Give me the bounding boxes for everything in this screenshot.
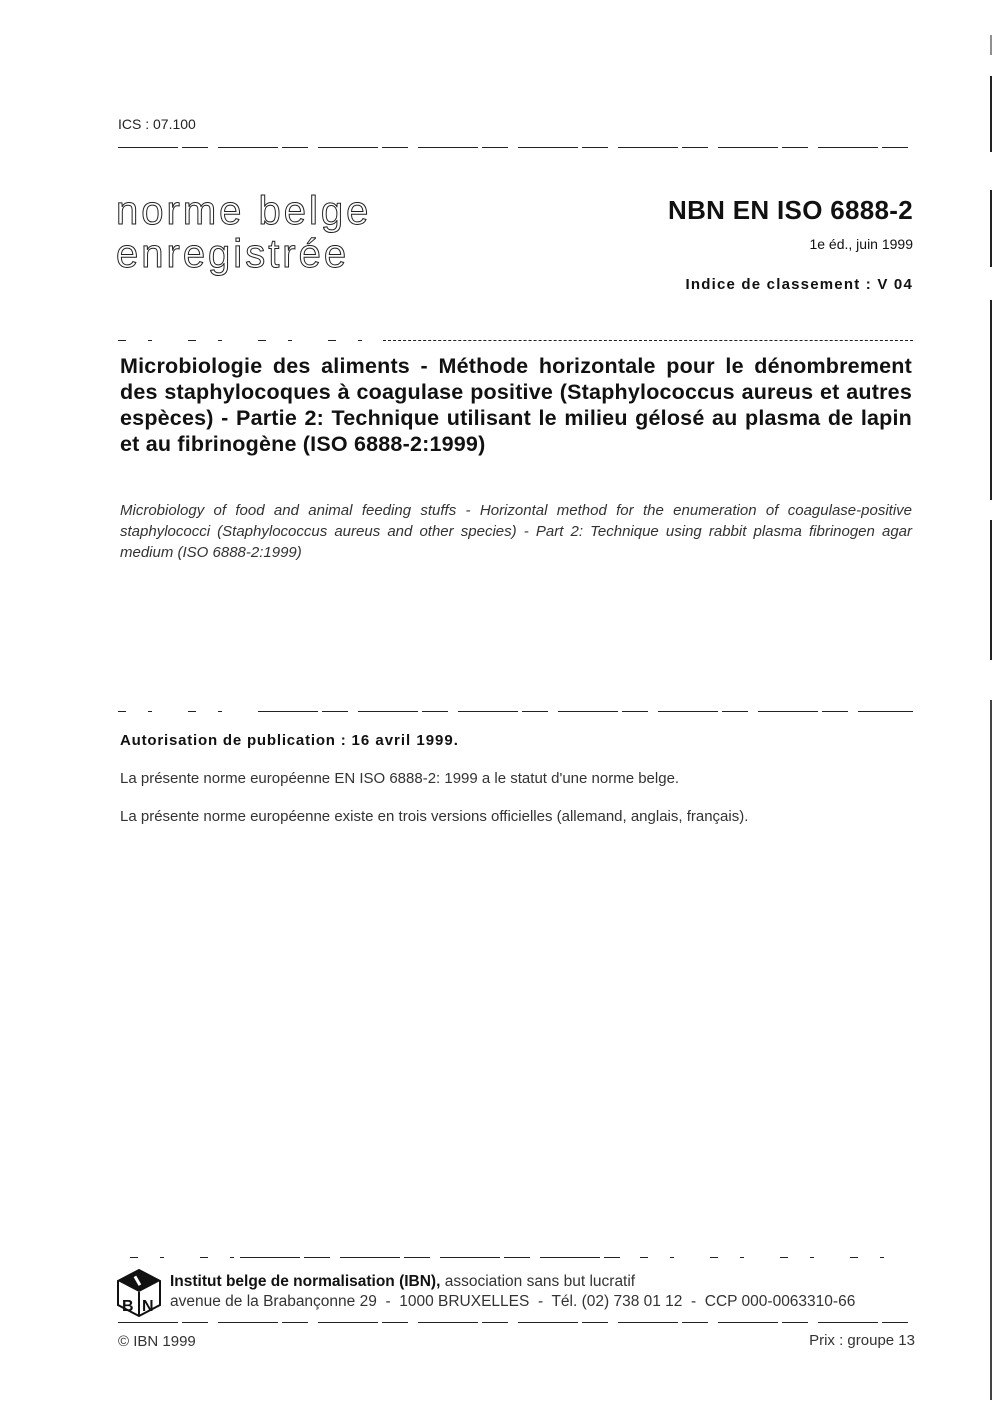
- ibn-cube-logo-icon: B N: [116, 1268, 162, 1318]
- brand-title-line-2: enregistrée: [116, 233, 349, 276]
- standard-number: NBN EN ISO 6888-2: [668, 195, 913, 226]
- scan-edge-mark: [990, 520, 992, 660]
- title-rule-right: [383, 340, 913, 341]
- scan-edge-mark: [990, 190, 992, 267]
- publication-date: 16 avril 1999.: [352, 732, 459, 749]
- footer-rule-top-left: [130, 1257, 240, 1258]
- institute-line: Institut belge de normalisation (IBN), a…: [170, 1273, 635, 1291]
- scan-edge-mark: [990, 35, 992, 55]
- ics-code: ICS : 07.100: [118, 116, 196, 132]
- header-rule: [118, 147, 913, 148]
- institute-name: Institut belge de normalisation (IBN),: [170, 1273, 440, 1290]
- status-statement: La présente norme européenne EN ISO 6888…: [120, 770, 679, 787]
- footer-rule-top-right: [640, 1257, 910, 1258]
- edition: 1e éd., juin 1999: [809, 236, 913, 252]
- publication-rule-right: [258, 711, 913, 712]
- svg-text:B: B: [122, 1298, 134, 1315]
- title-rule-left: [118, 340, 383, 341]
- document-title-english: Microbiology of food and animal feeding …: [120, 500, 912, 563]
- publication-label: Autorisation de publication :: [120, 732, 347, 749]
- price-group: Prix : groupe 13: [809, 1332, 915, 1349]
- institute-address: avenue de la Brabançonne 29 - 1000 BRUXE…: [170, 1293, 855, 1311]
- scan-edge-mark: [990, 300, 992, 500]
- copyright: © IBN 1999: [118, 1333, 196, 1350]
- footer-rule-top-middle: [240, 1257, 620, 1258]
- publication-rule-left: [118, 711, 258, 712]
- publication-authorisation: Autorisation de publication : 16 avril 1…: [120, 732, 459, 749]
- brand-title-line-1: norme belge: [116, 190, 371, 233]
- document-title-french: Microbiologie des aliments - Méthode hor…: [120, 353, 912, 457]
- scan-edge-mark: [990, 76, 992, 152]
- scan-edge-mark: [990, 700, 992, 1400]
- footer-rule-bottom: [118, 1322, 913, 1323]
- svg-text:N: N: [142, 1298, 154, 1315]
- versions-statement: La présente norme européenne existe en t…: [120, 808, 748, 825]
- classification-index: Indice de classement : V 04: [686, 276, 914, 293]
- institute-type: association sans but lucratif: [440, 1273, 635, 1290]
